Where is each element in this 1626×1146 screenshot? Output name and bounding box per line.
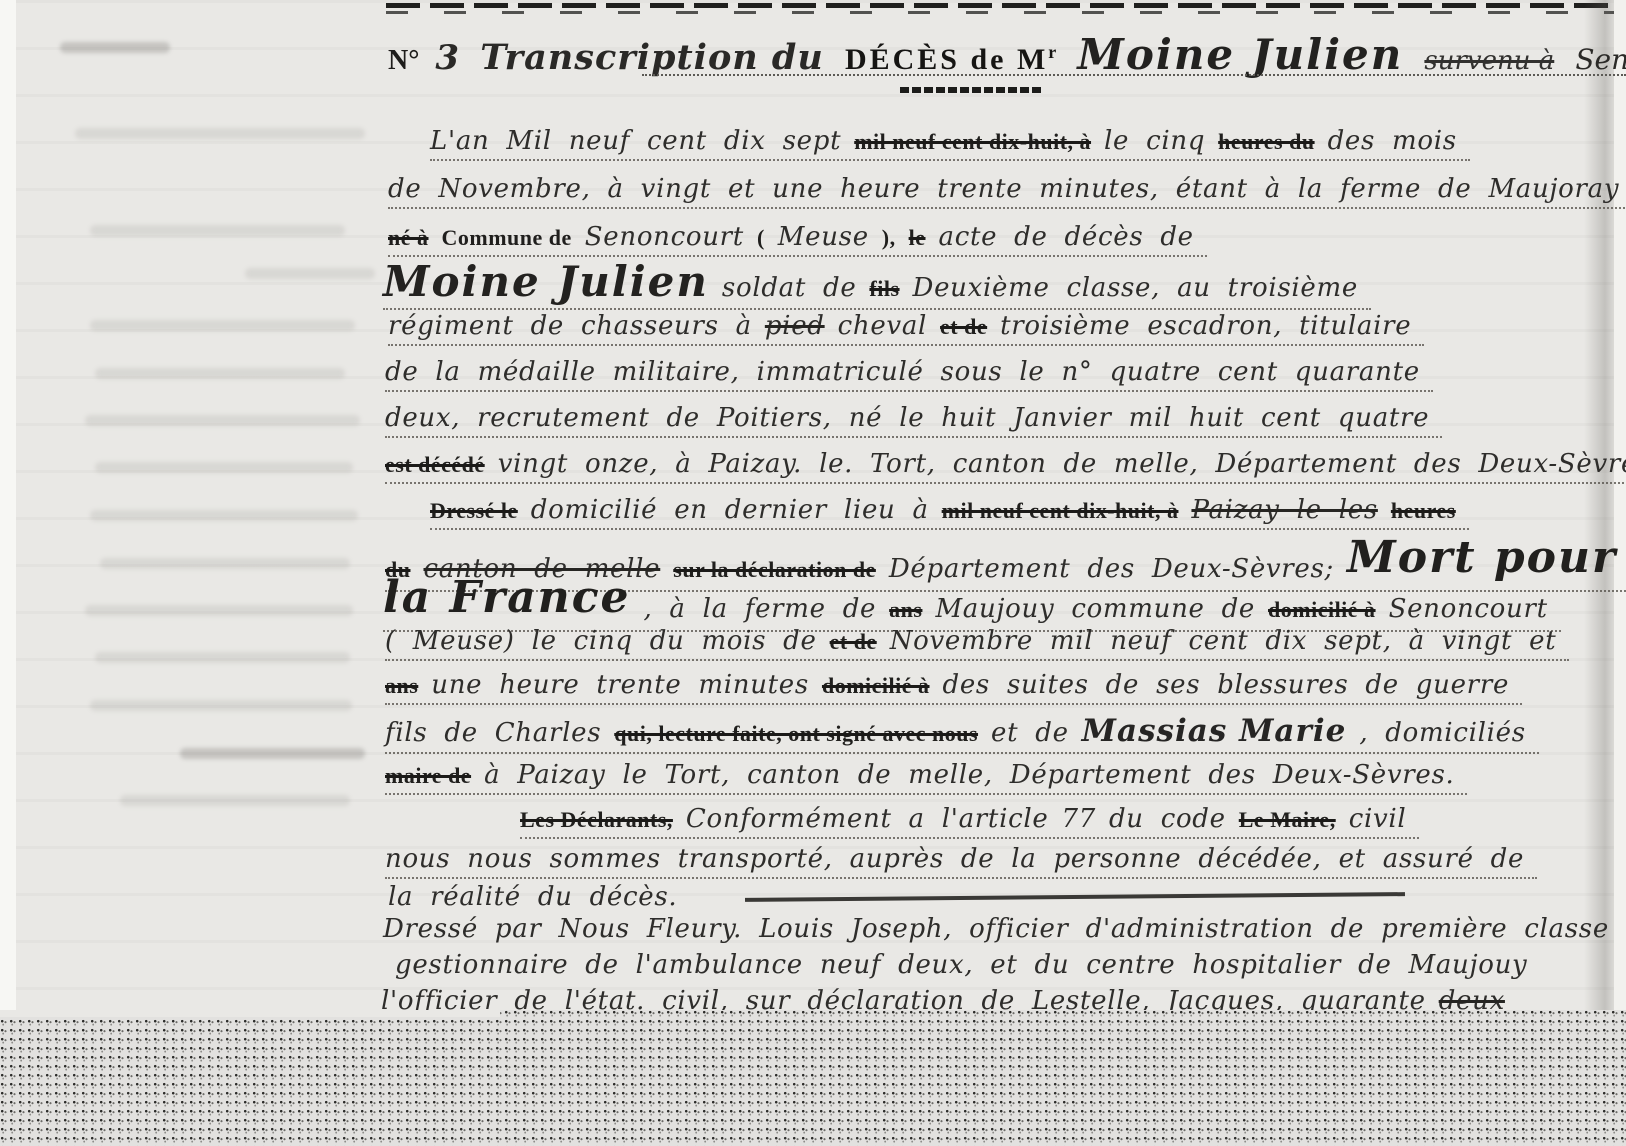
struck-text-segment: et de <box>940 314 987 339</box>
struck-text-segment: né à <box>388 225 429 250</box>
text-segment: ( <box>757 225 765 250</box>
text-segment: Senoncourt <box>585 222 744 252</box>
text-segment: du code <box>1109 804 1226 834</box>
struck-text-segment: maire de <box>385 763 471 788</box>
bleed-through-mark <box>75 128 365 139</box>
text-segment: le cinq <box>1104 126 1205 156</box>
document-line: né àCommune deSenoncourt(Meuse),leacte d… <box>388 224 1207 257</box>
text-segment: Massias Marie <box>1082 713 1347 749</box>
bleed-through-mark <box>95 368 345 379</box>
text-segment: civil <box>1349 804 1407 834</box>
text-segment: Dressé par Nous Fleury. Louis Joseph, of… <box>383 914 1609 944</box>
struck-text-segment: domicilié à <box>1268 597 1376 622</box>
bleed-through-mark <box>245 268 375 279</box>
document-line: L'an Mil neuf cent dix septmil neuf cent… <box>430 128 1470 161</box>
document-line: Dressé par Nous Fleury. Louis Joseph, of… <box>383 916 1622 942</box>
text-segment: la réalité du décès. <box>388 882 677 912</box>
scanned-document: N°3 Transcription du DÉCÈS de Mr Moine J… <box>0 0 1626 1146</box>
document-line: de la médaille militaire, immatriculé so… <box>385 359 1433 392</box>
struck-text-segment: et de <box>830 629 877 654</box>
bleed-through-mark <box>95 462 353 473</box>
bleed-through-mark <box>85 415 360 426</box>
text-segment: fils de Charles <box>385 718 601 748</box>
bleed-through-mark <box>100 558 350 569</box>
bleed-through-mark <box>95 652 350 663</box>
struck-text-segment: ans <box>385 673 418 698</box>
struck-text-segment: mil neuf cent dix-huit, à <box>942 498 1179 523</box>
bleed-through-mark <box>90 700 352 711</box>
text-segment: troisième escadron, titulaire <box>1000 311 1411 341</box>
document-line: régiment de chasseurs àpiedchevalet detr… <box>388 313 1424 346</box>
text-segment: L'an Mil neuf cent dix sept <box>430 126 841 156</box>
struck-text-segment: est décédé <box>385 452 485 477</box>
text-segment: Meuse <box>778 222 869 252</box>
text-segment: des mois <box>1328 126 1457 156</box>
bleed-through-mark <box>120 795 350 806</box>
document-line: de Novembre, à vingt et une heure trente… <box>388 176 1626 209</box>
text-segment: Commune de <box>442 225 572 250</box>
text-segment: régiment de chasseurs à <box>388 311 752 341</box>
struck-text-segment: domicilié à <box>822 673 930 698</box>
text-segment: acte de décès de <box>939 222 1194 252</box>
document-line: la réalité du décès. <box>388 884 1418 910</box>
text-segment: Département des Deux-Sèvres; <box>889 554 1334 584</box>
struck-text-segment: pied <box>765 311 825 341</box>
bleed-through-mark <box>90 225 345 236</box>
bleed-through-mark <box>180 748 365 759</box>
document-line: Dressé ledomicilié en dernier lieu àmil … <box>430 497 1469 530</box>
document-line: Moine Juliensoldat defilsDeuxième classe… <box>383 261 1371 310</box>
text-segment: la France <box>383 572 630 623</box>
text-segment: gestionnaire de l'ambulance neuf deux, e… <box>395 950 1527 980</box>
document-line: ansune heure trente minutesdomicilié àde… <box>385 672 1522 705</box>
halftone-band-notch <box>0 1010 500 1017</box>
bleed-through-mark <box>60 42 170 53</box>
halftone-band <box>0 1010 1626 1146</box>
document-line: maire deà Paizay le Tort, canton de mell… <box>385 762 1467 795</box>
struck-text-segment: fils <box>869 276 899 301</box>
struck-text-segment: mil neuf cent dix-huit, à <box>854 129 1091 154</box>
text-segment: de Novembre, à vingt et une heure trente… <box>388 174 1619 204</box>
struck-text-segment: qui, lecture faite, ont signé avec nous <box>614 721 978 746</box>
document-line: la France, à la ferme deansMaujouy commu… <box>383 581 1561 632</box>
struck-text-segment: Paizay le les <box>1191 495 1377 525</box>
closing-rule <box>745 892 1405 902</box>
text-segment: à Paizay le Tort, canton de melle, Dépar… <box>484 760 1454 790</box>
struck-text-segment: Dressé le <box>430 498 518 523</box>
text-segment: domicilié en dernier lieu à <box>531 495 929 525</box>
document-line: deux, recrutement de Poitiers, né le hui… <box>385 405 1442 438</box>
text-segment: 77 <box>1061 804 1095 834</box>
text-segment: , domiciliés <box>1359 718 1525 748</box>
text-segment: cheval <box>838 311 927 341</box>
text-segment: , à la ferme de <box>643 594 876 624</box>
text-segment: nous nous sommes transporté, auprès de l… <box>385 844 1524 874</box>
struck-text-segment: heures <box>1391 498 1456 523</box>
text-segment: Moine Julien <box>383 257 709 306</box>
text-segment: et de <box>991 718 1069 748</box>
document-body: L'an Mil neuf cent dix septmil neuf cent… <box>0 0 1626 1146</box>
text-segment: de la médaille militaire, immatriculé so… <box>385 357 1420 387</box>
text-segment: Conformément a l'article <box>686 804 1049 834</box>
struck-text-segment: Les Déclarants, <box>520 807 673 832</box>
document-line: Les Déclarants,Conformément a l'article7… <box>520 806 1419 839</box>
bleed-through-mark <box>85 605 353 616</box>
text-segment: ), <box>882 225 896 250</box>
bleed-through-mark <box>90 320 355 331</box>
struck-text-segment: le <box>909 225 926 250</box>
text-segment: Senoncourt <box>1389 594 1548 624</box>
text-segment: Deuxième classe, au troisième <box>913 273 1358 303</box>
text-segment: une heure trente minutes <box>431 670 809 700</box>
text-segment: soldat de <box>722 273 857 303</box>
document-line: est décédévingt onze, à Paizay. le. Tort… <box>385 451 1626 484</box>
text-segment: vingt onze, à Paizay. le. Tort, canton d… <box>498 449 1626 479</box>
text-segment: Novembre mil neuf cent dix sept, à vingt… <box>890 626 1557 656</box>
text-segment: ( Meuse) le cinq du mois de <box>385 626 817 656</box>
struck-text-segment: heures du <box>1218 129 1314 154</box>
document-line: nous nous sommes transporté, auprès de l… <box>385 846 1537 879</box>
text-segment: deux, recrutement de Poitiers, né le hui… <box>385 403 1429 433</box>
bleed-through-mark <box>90 510 358 521</box>
document-line: gestionnaire de l'ambulance neuf deux, e… <box>395 952 1540 978</box>
text-segment: Maujouy commune de <box>935 594 1255 624</box>
document-line: ( Meuse) le cinq du mois deet deNovembre… <box>385 628 1569 661</box>
struck-text-segment: sur la déclaration de <box>673 557 876 582</box>
document-line: fils de Charlesqui, lecture faite, ont s… <box>385 716 1539 754</box>
text-segment: des suites de ses blessures de guerre <box>943 670 1510 700</box>
struck-text-segment: ans <box>889 597 922 622</box>
struck-text-segment: Le Maire, <box>1239 807 1336 832</box>
text-segment: Mort pour <box>1347 532 1617 583</box>
